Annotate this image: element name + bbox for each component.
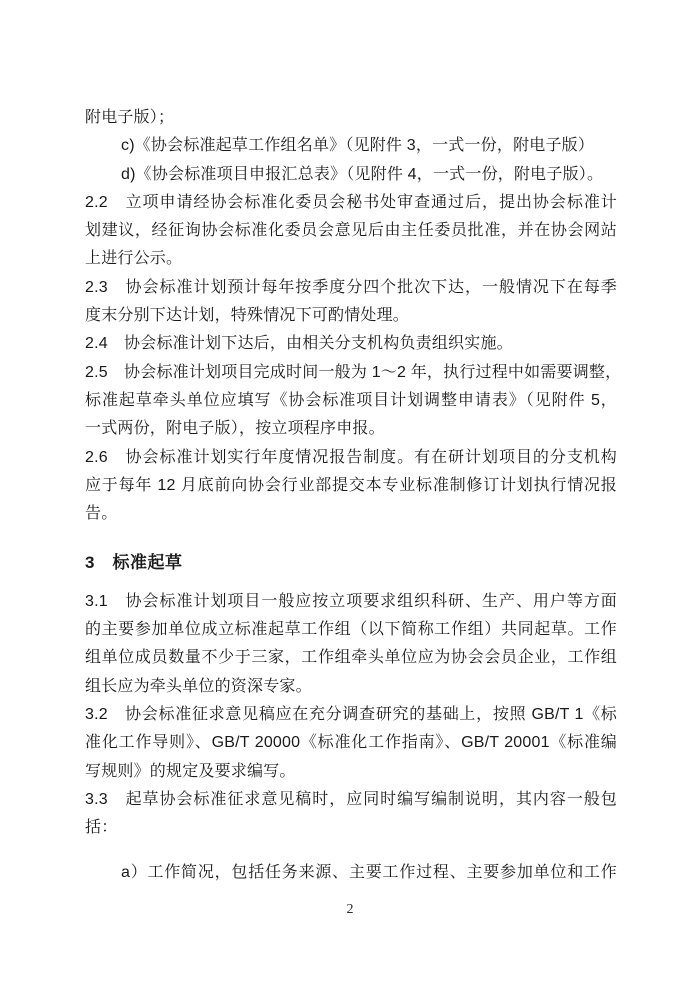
text-line: 3.2 协会标准征求意见稿应在充分调查研究的基础上，按照 GB/T 1《标 [85,701,617,729]
paragraph: 2.6 协会标准计划实行年度情况报告制度。有在研计划项目的分支机构应于每年 12… [85,444,617,529]
text-line: 2.5 协会标准计划项目完成时间一般为 1～2 年，执行过程中如需要调整， [85,359,617,387]
paragraph: a）工作简况，包括任务来源、主要工作过程、主要参加单位和工作 [85,859,617,887]
text-line: 度末分别下达计划，特殊情况下可酌情处理。 [85,302,617,330]
text-line: 组单位成员数量不少于三家，工作组牵头单位应为协会会员企业，工作组 [85,644,617,672]
paragraph: 附电子版）； [85,104,617,132]
page-number: 2 [347,902,354,917]
paragraph: 3.1 协会标准计划项目一般应按立项要求组织科研、生产、用户等方面的主要参加单位… [85,588,617,701]
text-line: 划建议，经征询协会标准化委员会意见后由主任委员批准，并在协会网站 [85,217,617,245]
text-line: 3.1 协会标准计划项目一般应按立项要求组织科研、生产、用户等方面 [85,588,617,616]
paragraph: c)《协会标准起草工作组名单》（见附件 3，一式一份，附电子版） [85,132,617,160]
text-line: d)《协会标准项目申报汇总表》（见附件 4，一式一份，附电子版）。 [85,161,617,189]
paragraph: 2.5 协会标准计划项目完成时间一般为 1～2 年，执行过程中如需要调整，标准起… [85,359,617,444]
text-line: 标准起草牵头单位应填写《协会标准项目计划调整申请表》（见附件 5， [85,387,617,415]
section-heading-text: 3 标准起草 [85,549,617,577]
text-line: 2.3 协会标准计划预计每年按季度分四个批次下达，一般情况下在每季 [85,274,617,302]
text-line: 附电子版）； [85,104,617,132]
paragraph: 3.2 协会标准征求意见稿应在充分调查研究的基础上，按照 GB/T 1《标准化工… [85,701,617,786]
text-line: 应于每年 12 月底前向协会行业部提交本专业标准制修订计划执行情况报 [85,472,617,500]
text-line: 准化工作导则》、GB/T 20000《标准化工作指南》、GB/T 20001《标… [85,729,617,757]
text-line: 的主要参加单位成立标准起草工作组（以下简称工作组）共同起草。工作 [85,616,617,644]
text-line: 写规则》的规定及要求编写。 [85,758,617,786]
text-line: 告。 [85,500,617,528]
paragraph: d)《协会标准项目申报汇总表》（见附件 4，一式一份，附电子版）。 [85,161,617,189]
paragraph: 2.2 立项申请经协会标准化委员会秘书处审查通过后，提出协会标准计划建议，经征询… [85,189,617,274]
text-line: 2.4 协会标准计划下达后，由相关分支机构负责组织实施。 [85,330,617,358]
text-line: 括： [85,814,617,842]
document-page: 附电子版）；c)《协会标准起草工作组名单》（见附件 3，一式一份，附电子版）d)… [0,0,700,990]
section-heading: 3 标准起草 [85,549,617,577]
text-line: c)《协会标准起草工作组名单》（见附件 3，一式一份，附电子版） [85,132,617,160]
text-line: 组长应为牵头单位的资深专家。 [85,673,617,701]
text-line: a）工作简况，包括任务来源、主要工作过程、主要参加单位和工作 [85,859,617,887]
text-line: 2.6 协会标准计划实行年度情况报告制度。有在研计划项目的分支机构 [85,444,617,472]
text-line: 上进行公示。 [85,245,617,273]
paragraph: 2.3 协会标准计划预计每年按季度分四个批次下达，一般情况下在每季度末分别下达计… [85,274,617,331]
text-line: 一式两份，附电子版），按立项程序申报。 [85,415,617,443]
text-line: 3.3 起草协会标准征求意见稿时，应同时编写编制说明，其内容一般包 [85,786,617,814]
paragraph: 2.4 协会标准计划下达后，由相关分支机构负责组织实施。 [85,330,617,358]
paragraph: 3.3 起草协会标准征求意见稿时，应同时编写编制说明，其内容一般包括： [85,786,617,843]
page-footer: 2 [0,898,700,922]
text-line: 2.2 立项申请经协会标准化委员会秘书处审查通过后，提出协会标准计 [85,189,617,217]
document-content: 附电子版）；c)《协会标准起草工作组名单》（见附件 3，一式一份，附电子版）d)… [85,104,617,888]
